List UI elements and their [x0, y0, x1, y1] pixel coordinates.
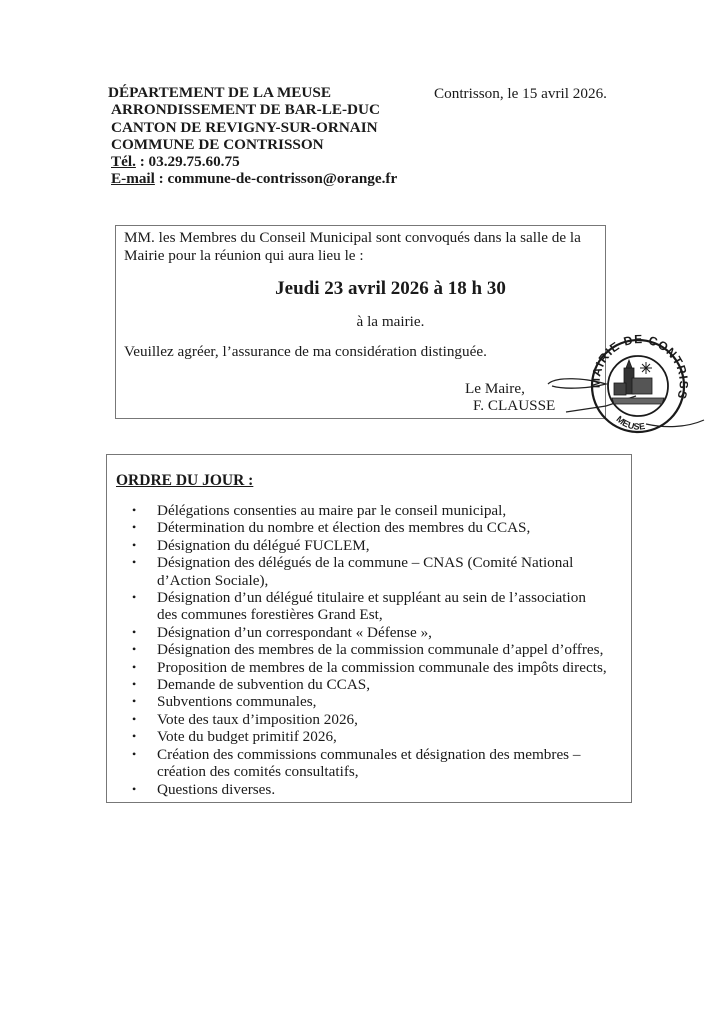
- bullet-icon: •: [132, 502, 136, 519]
- letterhead-email: E-mail : commune-de-contrisson@orange.fr: [108, 170, 397, 187]
- agenda-item: •Désignation d’un délégué titulaire et s…: [107, 589, 607, 624]
- letterhead-arrondissement: ARRONDISSEMENT DE BAR-LE-DUC: [108, 101, 397, 118]
- agenda-item: •Désignation des délégués de la commune …: [107, 554, 607, 589]
- agenda-item: •Désignation des membres de la commissio…: [107, 641, 607, 658]
- agenda-item: •Désignation d’un correspondant « Défens…: [107, 624, 607, 641]
- closing-formula: Veuillez agréer, l’assurance de ma consi…: [124, 343, 487, 361]
- meeting-location: à la mairie.: [116, 313, 605, 331]
- agenda-item-text: Demande de subvention du CCAS,: [157, 676, 370, 693]
- signatory-title: Le Maire,: [465, 380, 525, 398]
- convocation-intro: MM. les Membres du Conseil Municipal son…: [124, 229, 602, 265]
- bullet-icon: •: [132, 519, 136, 536]
- bullet-icon: •: [132, 624, 136, 641]
- agenda-item: •Création des commissions communales et …: [107, 746, 607, 781]
- agenda-title: ORDRE DU JOUR :: [116, 472, 253, 490]
- agenda-item-text: Désignation du délégué FUCLEM,: [157, 537, 370, 554]
- agenda-list: •Délégations consenties au maire par le …: [107, 502, 607, 798]
- agenda-item: •Désignation du délégué FUCLEM,: [107, 537, 607, 554]
- agenda-item-text: Vote des taux d’imposition 2026,: [157, 711, 358, 728]
- letterhead-phone: Tél. : 03.29.75.60.75: [108, 153, 397, 170]
- bullet-icon: •: [132, 641, 136, 658]
- bullet-icon: •: [132, 781, 136, 798]
- phone-label: Tél.: [111, 153, 136, 170]
- bullet-icon: •: [132, 693, 136, 710]
- bullet-icon: •: [132, 746, 136, 763]
- email-value: : commune-de-contrisson@orange.fr: [155, 170, 397, 187]
- agenda-box: ORDRE DU JOUR : •Délégations consenties …: [106, 454, 632, 803]
- agenda-item: •Proposition de membres de la commission…: [107, 659, 607, 676]
- agenda-item-text: Création des commissions communales et d…: [157, 746, 581, 780]
- bullet-icon: •: [132, 537, 136, 554]
- agenda-item-text: Délégations consenties au maire par le c…: [157, 502, 506, 519]
- agenda-item-text: Détermination du nombre et élection des …: [157, 519, 530, 536]
- email-label: E-mail: [111, 170, 155, 187]
- bullet-icon: •: [132, 711, 136, 728]
- agenda-item: •Vote des taux d’imposition 2026,: [107, 711, 607, 728]
- agenda-item-text: Désignation d’un correspondant « Défense…: [157, 624, 432, 641]
- agenda-item-text: Désignation des membres de la commission…: [157, 641, 603, 658]
- bullet-icon: •: [132, 659, 136, 676]
- agenda-item: •Vote du budget primitif 2026,: [107, 728, 607, 745]
- document-page: DÉPARTEMENT DE LA MEUSE ARRONDISSEMENT D…: [0, 0, 724, 1024]
- bullet-icon: •: [132, 728, 136, 745]
- agenda-item: •Demande de subvention du CCAS,: [107, 676, 607, 693]
- phone-value: : 03.29.75.60.75: [136, 153, 240, 170]
- bullet-icon: •: [132, 554, 136, 571]
- letterhead-canton: CANTON DE REVIGNY-SUR-ORNAIN: [108, 119, 397, 136]
- meeting-datetime: Jeudi 23 avril 2026 à 18 h 30: [116, 278, 605, 300]
- agenda-item: •Délégations consenties au maire par le …: [107, 502, 607, 519]
- letterhead: DÉPARTEMENT DE LA MEUSE ARRONDISSEMENT D…: [108, 84, 397, 188]
- agenda-item-text: Proposition de membres de la commission …: [157, 659, 607, 676]
- agenda-item: •Questions diverses.: [107, 781, 607, 798]
- agenda-item: •Détermination du nombre et élection des…: [107, 519, 607, 536]
- letterhead-department: DÉPARTEMENT DE LA MEUSE: [108, 84, 397, 101]
- agenda-item-text: Désignation des délégués de la commune –…: [157, 554, 573, 588]
- convocation-box: MM. les Membres du Conseil Municipal son…: [115, 225, 606, 419]
- bullet-icon: •: [132, 676, 136, 693]
- bullet-icon: •: [132, 589, 136, 606]
- letterhead-commune: COMMUNE DE CONTRISSON: [108, 136, 397, 153]
- agenda-item-text: Désignation d’un délégué titulaire et su…: [157, 589, 586, 623]
- mairie-stamp-and-signature-icon: MAIRIE DE CONTRISSON MEUSE: [546, 328, 706, 438]
- agenda-item-text: Questions diverses.: [157, 781, 275, 798]
- signatory-name: F. CLAUSSE: [473, 397, 555, 415]
- agenda-item: •Subventions communales,: [107, 693, 607, 710]
- agenda-item-text: Subventions communales,: [157, 693, 316, 710]
- place-and-date: Contrisson, le 15 avril 2026.: [434, 85, 607, 103]
- agenda-item-text: Vote du budget primitif 2026,: [157, 728, 337, 745]
